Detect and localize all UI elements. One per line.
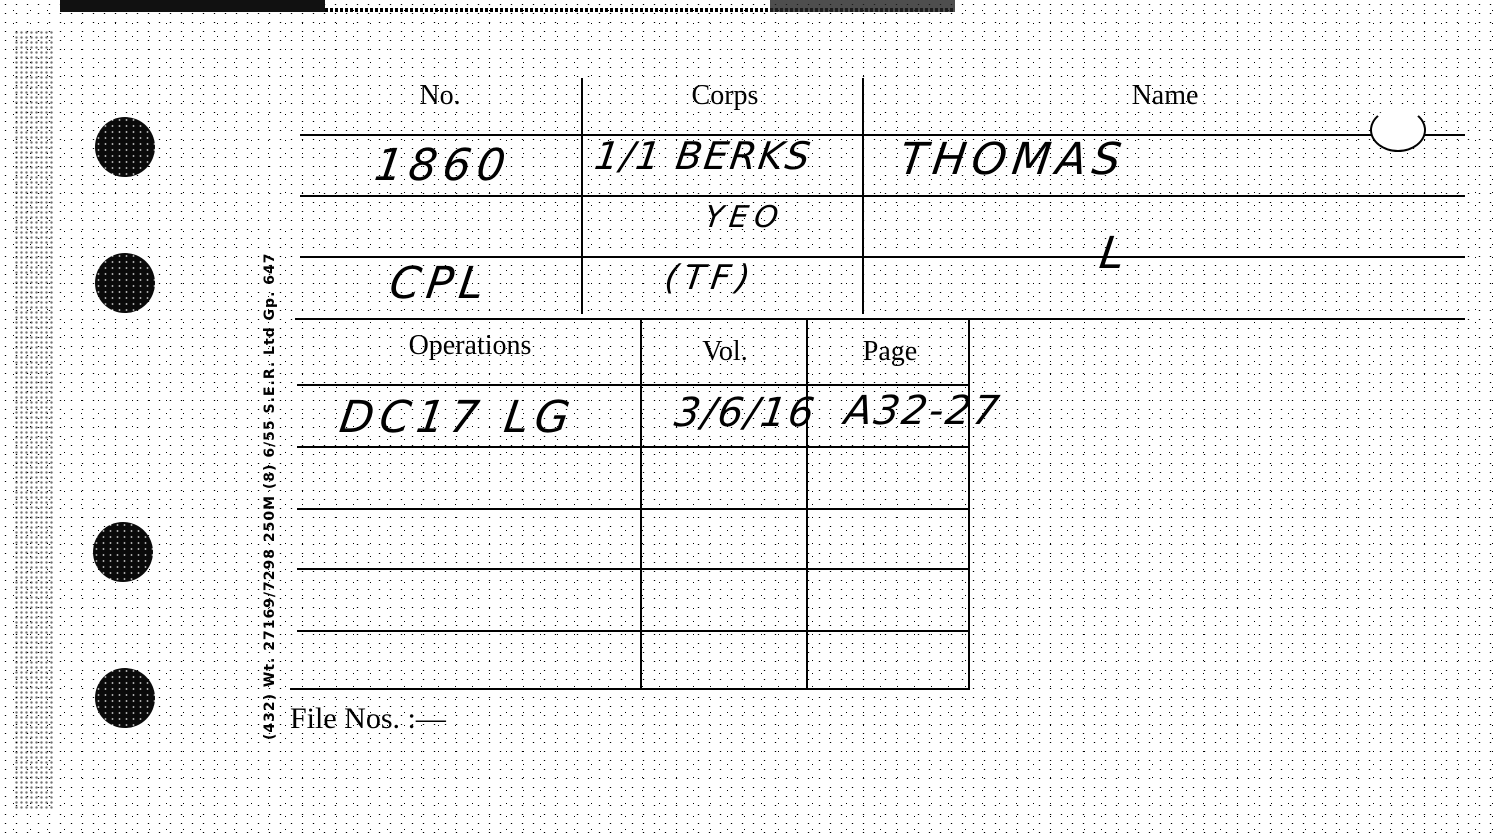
corps-tf: (TF) (662, 258, 758, 298)
operations-entry: DC17 LG (336, 392, 578, 443)
circle-mark (1370, 108, 1426, 152)
scan-edge-strip (60, 0, 325, 12)
rank: CPL (386, 258, 493, 309)
header-page: Page (845, 336, 935, 368)
surname: THOMAS (896, 134, 1130, 185)
scan-noise-left (14, 30, 54, 810)
punch-hole-2 (95, 253, 155, 313)
header-no: No. (380, 80, 500, 112)
printer-imprint: (432) Wt. 27169/7298 250M (8) 6/55 S.E.R… (262, 253, 278, 741)
punch-hole-1 (95, 117, 155, 177)
header-name: Name (1090, 80, 1240, 112)
header-vol: Vol. (680, 336, 770, 368)
vol-entry: 3/6/16 (672, 390, 819, 436)
corps-yeo: YEO (703, 200, 787, 235)
header-corps: Corps (660, 80, 790, 112)
corps-unit: 1/1 BERKS (592, 134, 815, 178)
header-operations: Operations (370, 330, 570, 362)
service-number: 1860 (371, 140, 514, 191)
punch-hole-3 (93, 522, 153, 582)
initial: L (1096, 228, 1134, 279)
page-entry: A32-27 (842, 388, 1004, 434)
punch-hole-4 (95, 668, 155, 728)
scan-edge-strip-right (770, 0, 955, 12)
file-nos-label: File Nos. :— (290, 702, 446, 736)
